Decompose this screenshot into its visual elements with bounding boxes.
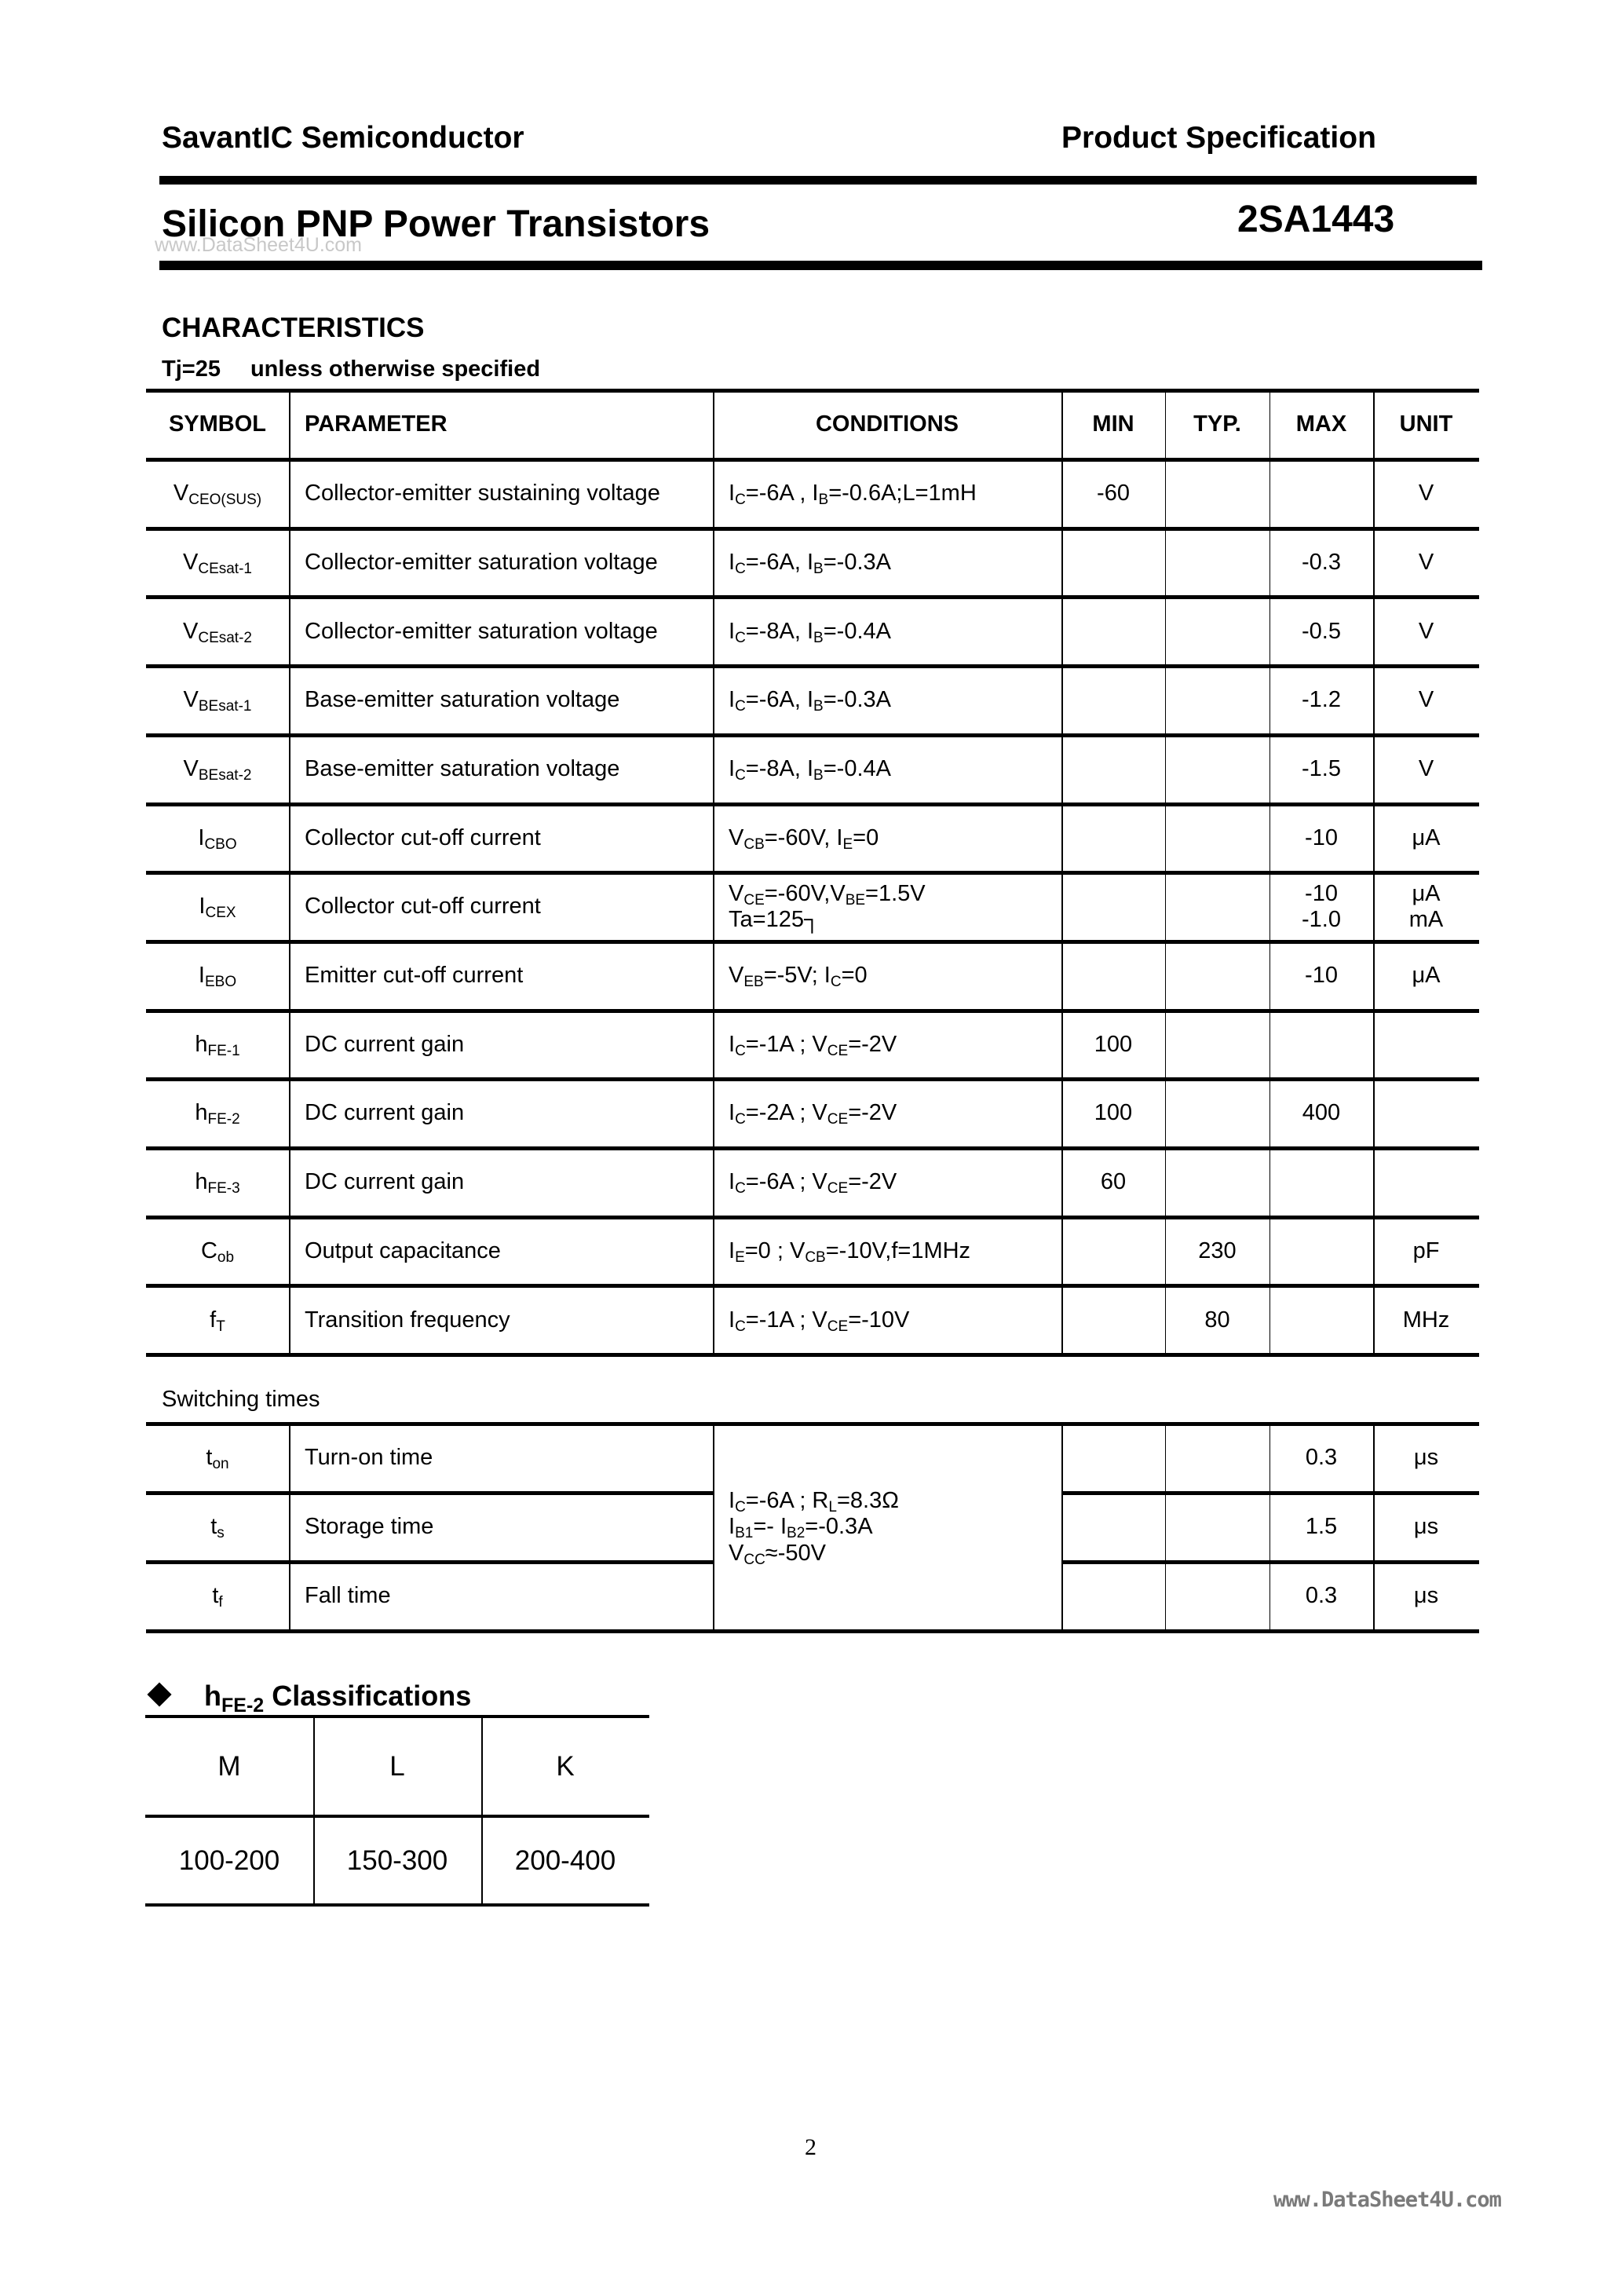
condition-line: IE=0 ; VCB=-10V,f=1MHz bbox=[729, 1238, 970, 1264]
text-run: I bbox=[729, 1169, 735, 1194]
conditions: IC=-6A, IB=-0.3A bbox=[729, 550, 891, 576]
symbol-subscript: BEsat-2 bbox=[199, 767, 252, 784]
column-header-text: CONDITIONS bbox=[816, 411, 959, 437]
page-number: 2 bbox=[805, 2136, 816, 2159]
conditions: IC=-1A ; VCE=-10V bbox=[729, 1307, 909, 1333]
subscript: CE bbox=[827, 1180, 848, 1197]
symbol-cell: hFE-3 bbox=[146, 1148, 289, 1217]
subscript: B bbox=[813, 561, 824, 577]
subscript: CB bbox=[805, 1249, 825, 1266]
text-run: =-2V bbox=[848, 1169, 897, 1194]
parameter-cell-text: Turn-on time bbox=[305, 1445, 433, 1471]
max-cell bbox=[1269, 1148, 1373, 1217]
max-cell-values: -10 bbox=[1305, 963, 1338, 989]
subscript: E bbox=[842, 836, 853, 853]
symbol: ICBO bbox=[198, 825, 236, 851]
rank-cell-text: M bbox=[217, 1753, 240, 1780]
unit-cell-value: V bbox=[1419, 619, 1434, 645]
column-header: PARAMETER bbox=[289, 390, 713, 459]
max-cell: 0.3 bbox=[1269, 1562, 1373, 1631]
max-cell-values: -0.3 bbox=[1302, 550, 1341, 576]
unit-cell-value: V bbox=[1419, 550, 1434, 576]
max-cell-values: -10 bbox=[1305, 825, 1338, 851]
text-run: =-2A ; V bbox=[746, 1100, 827, 1125]
header-rule-top bbox=[159, 176, 1477, 185]
typ-cell bbox=[1165, 804, 1269, 873]
text-run: =-6A, I bbox=[746, 550, 813, 575]
text-run: =-2V bbox=[848, 1032, 897, 1057]
typ-cell bbox=[1165, 528, 1269, 598]
typ-cell bbox=[1165, 666, 1269, 735]
symbol-subscript: EBO bbox=[205, 974, 236, 990]
shared-conditions: IC=-6A ; RL=8.3ΩIB1=- IB2=-0.3AVCC≈-50V bbox=[729, 1488, 899, 1567]
conditions-cell: VEB=-5V; IC=0 bbox=[713, 941, 1061, 1011]
typ-cell: 230 bbox=[1165, 1217, 1269, 1286]
parameter-cell: Collector-emitter sustaining voltage bbox=[289, 459, 713, 528]
conditions-cell: IC=-1A ; VCE=-10V bbox=[713, 1285, 1061, 1355]
unit-cell: V bbox=[1373, 597, 1479, 666]
text-run: ≈-50V bbox=[765, 1541, 826, 1566]
conditions: IE=0 ; VCB=-10V,f=1MHz bbox=[729, 1238, 970, 1264]
parameter-cell-text: Fall time bbox=[305, 1583, 391, 1609]
symbol-subscript: BEsat-1 bbox=[199, 698, 252, 715]
text-run: I bbox=[729, 1514, 735, 1539]
text-run: V bbox=[729, 825, 743, 850]
condition-line: VCC≈-50V bbox=[729, 1541, 826, 1567]
parameter-cell: Collector-emitter saturation voltage bbox=[289, 597, 713, 666]
watermark-link[interactable]: www.DataSheet4U.com bbox=[155, 236, 362, 255]
text-run: I bbox=[729, 619, 735, 644]
min-cell bbox=[1061, 941, 1165, 1011]
text-run: =-0.4A bbox=[824, 619, 891, 644]
text-run: =-10V,f=1MHz bbox=[826, 1238, 970, 1263]
conditions-cell: IC=-1A ; VCE=-2V bbox=[713, 1011, 1061, 1080]
column-header-text: MAX bbox=[1296, 411, 1346, 437]
subscript: CC bbox=[743, 1552, 765, 1568]
symbol: hFE-2 bbox=[195, 1100, 239, 1126]
junction-temp: Tj=25 bbox=[162, 356, 221, 382]
conditions-cell: VCE=-60V,VBE=1.5VTa=125┐ bbox=[713, 872, 1061, 941]
typ-cell bbox=[1165, 872, 1269, 941]
unit-cell-value: V bbox=[1419, 481, 1434, 506]
unit-cell: V bbox=[1373, 735, 1479, 804]
conditions-cell: IC=-6A, IB=-0.3A bbox=[713, 666, 1061, 735]
parameter-cell: Collector cut-off current bbox=[289, 804, 713, 873]
max-cell bbox=[1269, 1217, 1373, 1286]
max-cell: -1.2 bbox=[1269, 666, 1373, 735]
symbol-cell: ton bbox=[146, 1424, 289, 1493]
symbol: ICEX bbox=[199, 894, 236, 919]
parameter-cell: Emitter cut-off current bbox=[289, 941, 713, 1011]
parameter-cell-text: Base-emitter saturation voltage bbox=[305, 756, 619, 782]
column-header-text: TYP. bbox=[1193, 411, 1241, 437]
max-cell-value: -0.3 bbox=[1302, 550, 1341, 576]
unit-cell: MHz bbox=[1373, 1285, 1479, 1355]
characteristics-table: SYMBOLPARAMETERCONDITIONSMINTYP.MAXUNITV… bbox=[146, 389, 1479, 1357]
conditions-note: unless otherwise specified bbox=[250, 356, 540, 382]
typ-cell bbox=[1165, 1011, 1269, 1080]
classification-title: hFE-2 Classifications bbox=[204, 1682, 471, 1710]
condition-line: VCE=-60V,VBE=1.5V bbox=[729, 881, 926, 907]
unit-cell-value: pF bbox=[1413, 1238, 1440, 1264]
max-cell-values: -1.2 bbox=[1302, 687, 1341, 713]
text-run: Ta=125┐ bbox=[729, 907, 820, 932]
text-run: =0 bbox=[842, 963, 868, 988]
parameter-cell: Fall time bbox=[289, 1562, 713, 1631]
symbol-subscript: CEX bbox=[205, 905, 236, 921]
subscript: C bbox=[735, 630, 746, 646]
subscript: B bbox=[819, 492, 829, 508]
conditions: IC=-2A ; VCE=-2V bbox=[729, 1100, 897, 1126]
symbol-subscript: T bbox=[216, 1318, 225, 1335]
column-header-text: UNIT bbox=[1400, 411, 1453, 437]
max-cell-value: -10 bbox=[1305, 963, 1338, 989]
condition-line: IC=-1A ; VCE=-10V bbox=[729, 1307, 909, 1333]
symbol: fT bbox=[210, 1307, 225, 1333]
parameter-cell-text: Collector cut-off current bbox=[305, 825, 541, 851]
subscript: C bbox=[735, 561, 746, 577]
max-cell bbox=[1269, 1011, 1373, 1080]
unit-cell-value: mA bbox=[1409, 907, 1444, 933]
parameter-cell-text: Collector cut-off current bbox=[305, 894, 541, 919]
conditions: VCE=-60V,VBE=1.5VTa=125┐ bbox=[729, 881, 926, 934]
unit-cell bbox=[1373, 1079, 1479, 1148]
typ-cell bbox=[1165, 735, 1269, 804]
typ-cell bbox=[1165, 1493, 1269, 1562]
symbol-cell: IEBO bbox=[146, 941, 289, 1011]
max-cell-values: -1.5 bbox=[1302, 756, 1341, 782]
conditions: VCB=-60V, IE=0 bbox=[729, 825, 879, 851]
symbol-cell: hFE-2 bbox=[146, 1079, 289, 1148]
symbol: IEBO bbox=[199, 963, 236, 989]
unit-cell bbox=[1373, 1148, 1479, 1217]
typ-cell-text: 80 bbox=[1204, 1307, 1229, 1333]
column-header-text: MIN bbox=[1092, 411, 1134, 437]
condition-line: IC=-6A , IB=-0.6A;L=1mH bbox=[729, 481, 977, 506]
max-cell-values: 400 bbox=[1302, 1100, 1340, 1126]
text-run: V bbox=[729, 1541, 743, 1566]
column-header: MAX bbox=[1269, 390, 1373, 459]
min-cell-text: 60 bbox=[1101, 1169, 1126, 1195]
min-cell bbox=[1061, 872, 1165, 941]
unit-cell: V bbox=[1373, 459, 1479, 528]
symbol-subscript: CEsat-1 bbox=[198, 561, 252, 577]
parameter-cell: Collector cut-off current bbox=[289, 872, 713, 941]
text-run: =-6A, I bbox=[746, 687, 813, 712]
hfe-classification-table: MLK100-200150-300200-400 bbox=[145, 1715, 649, 1907]
min-cell bbox=[1061, 1562, 1165, 1631]
parameter-cell: Transition frequency bbox=[289, 1285, 713, 1355]
min-cell bbox=[1061, 735, 1165, 804]
unit-cell: μAmA bbox=[1373, 872, 1479, 941]
unit-cell-values: V bbox=[1419, 756, 1434, 782]
text-run: I bbox=[729, 1238, 735, 1263]
max-cell-text: 0.3 bbox=[1306, 1583, 1337, 1609]
max-cell: -0.3 bbox=[1269, 528, 1373, 598]
conditions: IC=-8A, IB=-0.4A bbox=[729, 619, 891, 645]
conditions: VEB=-5V; IC=0 bbox=[729, 963, 868, 989]
part-number: 2SA1443 bbox=[1237, 201, 1394, 239]
condition-line: IB1=- IB2=-0.3A bbox=[729, 1514, 873, 1540]
max-cell: -10 bbox=[1269, 941, 1373, 1011]
symbol-subscript: FE-3 bbox=[207, 1180, 239, 1197]
unit-cell-value: μA bbox=[1412, 881, 1440, 907]
max-cell: 400 bbox=[1269, 1079, 1373, 1148]
text-run: =-10V bbox=[848, 1307, 909, 1333]
diamond-icon bbox=[147, 1682, 171, 1706]
min-cell bbox=[1061, 1285, 1165, 1355]
text-run: =-1A ; V bbox=[746, 1307, 827, 1333]
symbol-main: I bbox=[199, 963, 205, 988]
unit-cell-value: V bbox=[1419, 756, 1434, 782]
text-run: =1.5V bbox=[865, 881, 926, 906]
subscript: B bbox=[813, 698, 824, 715]
subscript: C bbox=[735, 1318, 746, 1335]
text-run: =-6A , I bbox=[746, 481, 819, 506]
symbol-subscript: FE-2 bbox=[207, 1111, 239, 1128]
symbol: Cob bbox=[201, 1238, 234, 1264]
typ-cell bbox=[1165, 1424, 1269, 1493]
text-run: I bbox=[729, 550, 735, 575]
parameter-cell-text: Emitter cut-off current bbox=[305, 963, 523, 989]
conditions: IC=-8A, IB=-0.4A bbox=[729, 756, 891, 782]
subscript: E bbox=[735, 1249, 745, 1266]
conditions-cell: IC=-6A ; VCE=-2V bbox=[713, 1148, 1061, 1217]
unit-cell-values: MHz bbox=[1403, 1307, 1450, 1333]
unit-cell-text: μs bbox=[1414, 1583, 1438, 1609]
unit-cell-values: V bbox=[1419, 687, 1434, 713]
parameter-cell-text: Storage time bbox=[305, 1514, 433, 1540]
table-rule bbox=[146, 1629, 1479, 1633]
section-title: CHARACTERISTICS bbox=[162, 314, 424, 342]
unit-cell: μA bbox=[1373, 941, 1479, 1011]
symbol-main: h bbox=[195, 1169, 207, 1194]
typ-cell bbox=[1165, 1079, 1269, 1148]
min-cell bbox=[1061, 1493, 1165, 1562]
symbol-cell: fT bbox=[146, 1285, 289, 1355]
text-run: =8.3Ω bbox=[837, 1488, 899, 1513]
symbol-main: V bbox=[184, 756, 199, 781]
subscript: CE bbox=[827, 1111, 848, 1128]
max-cell-value: -1.2 bbox=[1302, 687, 1341, 713]
text-run: I bbox=[729, 1032, 735, 1057]
parameter-cell: DC current gain bbox=[289, 1148, 713, 1217]
rank-cell: L bbox=[313, 1717, 481, 1816]
symbol-main: V bbox=[174, 481, 188, 506]
conditions: IC=-6A , IB=-0.6A;L=1mH bbox=[729, 481, 977, 506]
subscript: BE bbox=[846, 892, 865, 909]
max-cell-text: 0.3 bbox=[1306, 1445, 1337, 1471]
symbol-subscript: CEO(SUS) bbox=[188, 492, 261, 508]
subscript: L bbox=[828, 1499, 837, 1515]
subscript: B bbox=[813, 767, 824, 784]
rank-cell: K bbox=[481, 1717, 649, 1816]
column-header: CONDITIONS bbox=[713, 390, 1061, 459]
text-run: I bbox=[729, 687, 735, 712]
unit-cell-values: μAmA bbox=[1409, 881, 1444, 934]
unit-cell: μs bbox=[1373, 1493, 1479, 1562]
typ-cell bbox=[1165, 459, 1269, 528]
symbol-cell: VBEsat-2 bbox=[146, 735, 289, 804]
subscript: B2 bbox=[787, 1525, 805, 1541]
column-header: SYMBOL bbox=[146, 390, 289, 459]
range-cell: 100-200 bbox=[145, 1816, 313, 1905]
max-cell-text: 1.5 bbox=[1306, 1514, 1337, 1540]
conditions-cell: IC=-6A , IB=-0.6A;L=1mH bbox=[713, 459, 1061, 528]
symbol-main: C bbox=[201, 1238, 217, 1263]
conditions: IC=-6A, IB=-0.3A bbox=[729, 687, 891, 713]
symbol-subscript: FE-1 bbox=[207, 1043, 239, 1059]
max-cell-values: -0.5 bbox=[1302, 619, 1341, 645]
parameter-cell-text: Collector-emitter saturation voltage bbox=[305, 619, 658, 645]
symbol-main: V bbox=[184, 687, 199, 712]
max-cell-value: -10 bbox=[1305, 825, 1338, 851]
conditions: IC=-6A ; VCE=-2V bbox=[729, 1169, 897, 1195]
symbol: VBEsat-1 bbox=[184, 687, 252, 713]
classification-title-text: Classifications bbox=[264, 1680, 471, 1712]
unit-cell-text: μs bbox=[1414, 1445, 1438, 1471]
parameter-cell: Storage time bbox=[289, 1493, 713, 1562]
column-header: UNIT bbox=[1373, 390, 1479, 459]
parameter-cell-text: DC current gain bbox=[305, 1169, 464, 1195]
unit-cell bbox=[1373, 1011, 1479, 1080]
symbol-main: h bbox=[195, 1100, 207, 1125]
condition-line: Ta=125┐ bbox=[729, 907, 820, 933]
unit-cell-value: μA bbox=[1412, 825, 1440, 851]
max-cell-value: -10 bbox=[1305, 881, 1338, 907]
text-run: =-5V; I bbox=[764, 963, 831, 988]
text-run: =-60V,V bbox=[765, 881, 846, 906]
text-run: =-6A ; V bbox=[746, 1169, 827, 1194]
text-run: =0 ; V bbox=[745, 1238, 806, 1263]
shared-conditions-cell: IC=-6A ; RL=8.3ΩIB1=- IB2=-0.3AVCC≈-50V bbox=[713, 1424, 1061, 1631]
symbol-main: V bbox=[183, 619, 198, 644]
parameter-cell: Collector-emitter saturation voltage bbox=[289, 528, 713, 598]
text-run: =- I bbox=[753, 1514, 787, 1539]
subscript: CE bbox=[743, 892, 764, 909]
text-run: =-0.6A;L=1mH bbox=[828, 481, 977, 506]
unit-cell-values: μA bbox=[1412, 963, 1440, 989]
subscript: C bbox=[735, 1499, 746, 1515]
max-cell bbox=[1269, 459, 1373, 528]
footer-watermark-link[interactable]: www.DataSheet4U.com bbox=[1273, 2189, 1501, 2210]
symbol-cell: hFE-1 bbox=[146, 1011, 289, 1080]
conditions-cell: IE=0 ; VCB=-10V,f=1MHz bbox=[713, 1217, 1061, 1286]
text-run: I bbox=[729, 481, 735, 506]
subscript: EB bbox=[743, 974, 763, 990]
unit-cell-values: V bbox=[1419, 550, 1434, 576]
conditions-cell: IC=-8A, IB=-0.4A bbox=[713, 597, 1061, 666]
unit-cell-values: pF bbox=[1413, 1238, 1440, 1264]
switching-times-table: tonTurn-on time0.3μstsStorage time1.5μst… bbox=[146, 1422, 1479, 1632]
min-cell: 60 bbox=[1061, 1148, 1165, 1217]
subscript: C bbox=[735, 492, 746, 508]
text-run: I bbox=[729, 1488, 735, 1513]
text-run: =-0.3A bbox=[824, 550, 891, 575]
symbol: ton bbox=[206, 1445, 228, 1471]
text-run: I bbox=[729, 756, 735, 781]
text-run: =-8A, I bbox=[746, 619, 813, 644]
subscript: C bbox=[735, 1111, 746, 1128]
symbol: VCEsat-2 bbox=[183, 619, 252, 645]
condition-line: IC=-8A, IB=-0.4A bbox=[729, 756, 891, 782]
test-conditions: Tj=25unless otherwise specified bbox=[162, 358, 540, 381]
max-cell: 0.3 bbox=[1269, 1424, 1373, 1493]
unit-cell-values: V bbox=[1419, 481, 1434, 506]
unit-cell-text: μs bbox=[1414, 1514, 1438, 1540]
conditions-cell: VCB=-60V, IE=0 bbox=[713, 804, 1061, 873]
parameter-cell-text: Base-emitter saturation voltage bbox=[305, 687, 619, 713]
symbol: hFE-3 bbox=[195, 1169, 239, 1195]
text-run: =-0.3A bbox=[824, 687, 891, 712]
subscript: C bbox=[735, 767, 746, 784]
parameter-cell-text: Collector-emitter sustaining voltage bbox=[305, 481, 660, 506]
range-cell-text: 150-300 bbox=[347, 1847, 448, 1874]
symbol-subscript: on bbox=[212, 1456, 228, 1472]
unit-cell: μs bbox=[1373, 1424, 1479, 1493]
subscript: C bbox=[735, 1180, 746, 1197]
classification-title-sub: FE-2 bbox=[221, 1695, 264, 1717]
typ-cell bbox=[1165, 597, 1269, 666]
symbol: ts bbox=[210, 1514, 225, 1540]
text-run: =-2V bbox=[848, 1100, 897, 1125]
symbol-cell: VCEsat-1 bbox=[146, 528, 289, 598]
min-cell-text: 100 bbox=[1094, 1100, 1132, 1126]
unit-cell-value: μA bbox=[1412, 963, 1440, 989]
unit-cell-values: V bbox=[1419, 619, 1434, 645]
typ-cell: 80 bbox=[1165, 1285, 1269, 1355]
max-cell bbox=[1269, 1285, 1373, 1355]
unit-cell: V bbox=[1373, 666, 1479, 735]
rank-cell: M bbox=[145, 1717, 313, 1816]
condition-line: IC=-6A ; VCE=-2V bbox=[729, 1169, 897, 1195]
condition-line: IC=-1A ; VCE=-2V bbox=[729, 1032, 897, 1058]
symbol-cell: tf bbox=[146, 1562, 289, 1631]
text-run: =-8A, I bbox=[746, 756, 813, 781]
condition-line: VCB=-60V, IE=0 bbox=[729, 825, 879, 851]
conditions-cell: IC=-2A ; VCE=-2V bbox=[713, 1079, 1061, 1148]
min-cell bbox=[1061, 804, 1165, 873]
max-cell-value: -0.5 bbox=[1302, 619, 1341, 645]
symbol-cell: ICEX bbox=[146, 872, 289, 941]
symbol-subscript: f bbox=[218, 1594, 222, 1610]
max-cell: 1.5 bbox=[1269, 1493, 1373, 1562]
unit-cell: V bbox=[1373, 528, 1479, 598]
condition-line: IC=-6A, IB=-0.3A bbox=[729, 550, 891, 576]
classification-title-symbol: h bbox=[204, 1680, 221, 1712]
text-run: =-1A ; V bbox=[746, 1032, 827, 1057]
min-cell bbox=[1061, 666, 1165, 735]
text-run: V bbox=[729, 963, 743, 988]
symbol-subscript: CBO bbox=[204, 836, 236, 853]
conditions-cell: IC=-8A, IB=-0.4A bbox=[713, 735, 1061, 804]
subscript: B1 bbox=[735, 1525, 753, 1541]
min-cell: 100 bbox=[1061, 1079, 1165, 1148]
rank-cell-text: L bbox=[389, 1753, 404, 1780]
rank-cell-text: K bbox=[556, 1753, 574, 1780]
min-cell bbox=[1061, 597, 1165, 666]
subscript: B bbox=[813, 630, 824, 646]
text-run: =-60V, I bbox=[765, 825, 843, 850]
conditions-cell: IC=-6A, IB=-0.3A bbox=[713, 528, 1061, 598]
column-header: MIN bbox=[1061, 390, 1165, 459]
max-cell: -1.5 bbox=[1269, 735, 1373, 804]
document-type: Product Specification bbox=[1061, 122, 1376, 153]
unit-cell: μs bbox=[1373, 1562, 1479, 1631]
parameter-cell-text: DC current gain bbox=[305, 1100, 464, 1126]
max-cell-value: -1.5 bbox=[1302, 756, 1341, 782]
symbol-main: f bbox=[210, 1307, 216, 1333]
